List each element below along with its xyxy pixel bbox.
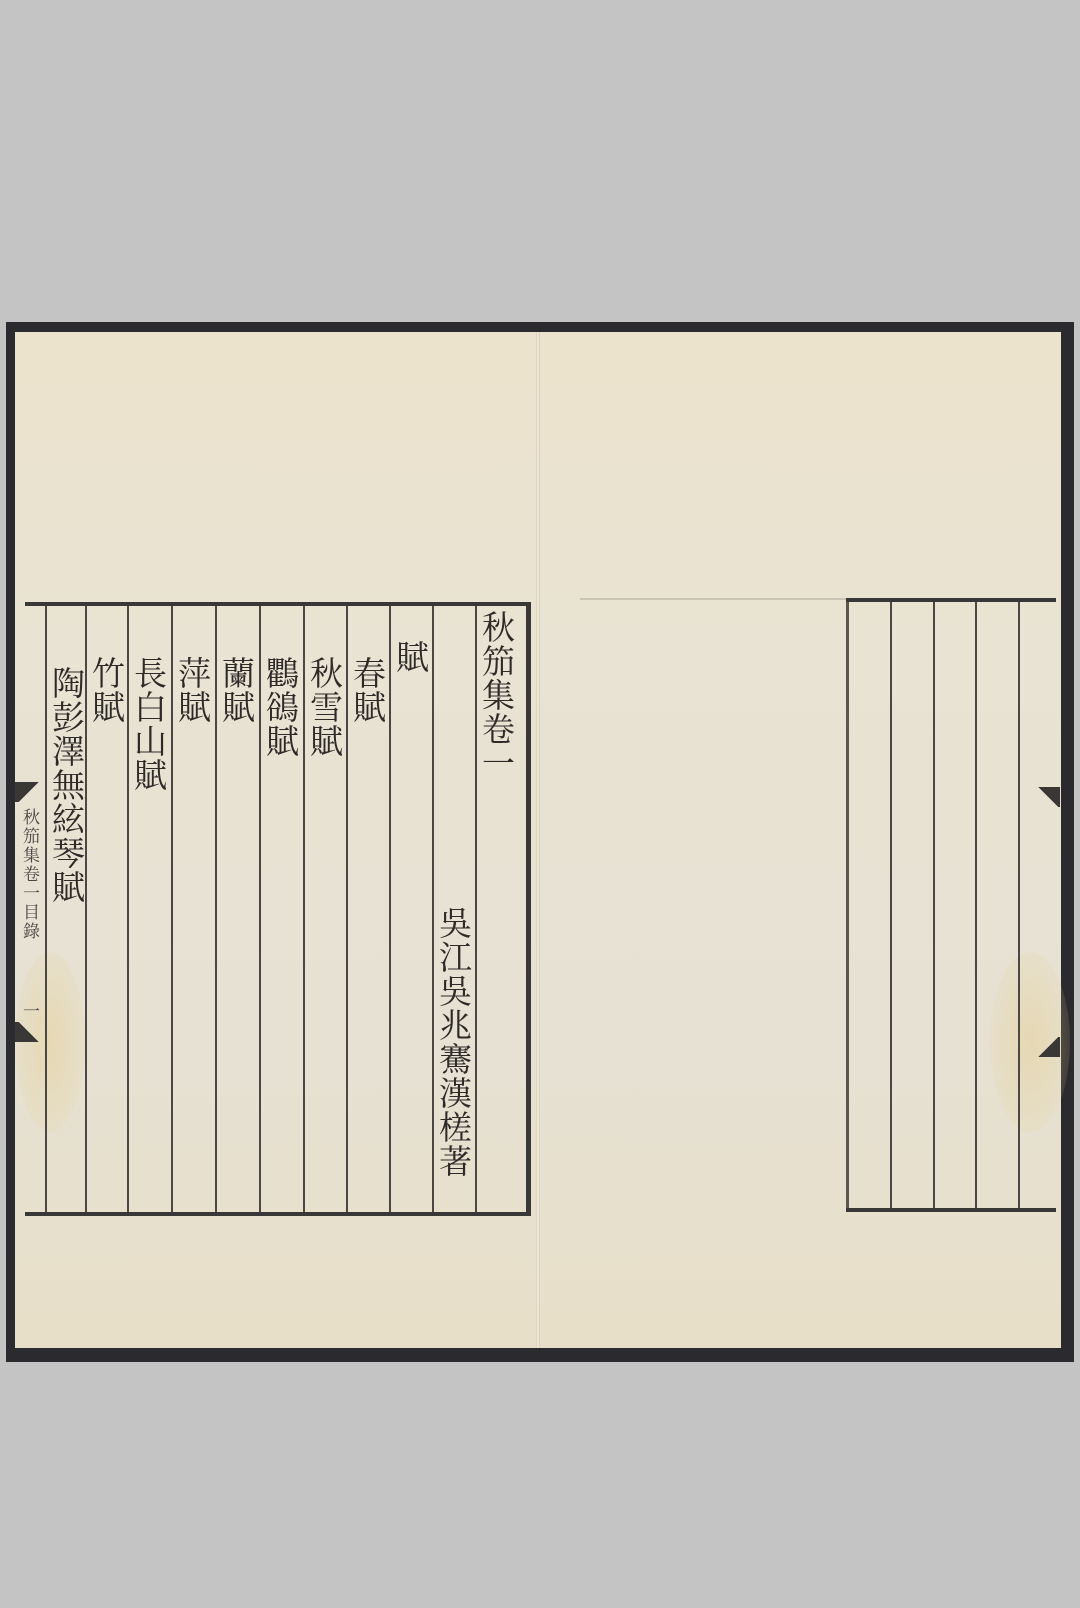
toc-entry: 陶彭澤無絃琴賦: [46, 666, 86, 904]
book-title: 秋笳集卷一: [476, 610, 516, 780]
printed-frame: 秋笳集卷一 吳江吳兆騫漢槎著 賦 春賦 秋雪賦 鸜鵒賦 蘭賦 萍賦 長白山賦 竹…: [25, 602, 531, 1216]
author-line: 吳江吳兆騫漢槎著: [433, 906, 473, 1178]
toc-entry: 春賦: [347, 656, 387, 724]
fold-margin-page-number: 一: [19, 1002, 39, 1021]
fishtail-mark-icon: [1036, 787, 1060, 807]
column-rule: [890, 602, 892, 1208]
fold-margin: [1030, 787, 1060, 1057]
column-rule: [846, 602, 849, 1208]
left-page: 秋笳集卷一 吳江吳兆騫漢槎著 賦 春賦 秋雪賦 鸜鵒賦 蘭賦 萍賦 長白山賦 竹…: [15, 332, 536, 1348]
fold-margin-title: 秋笳集卷一目錄: [19, 808, 39, 941]
toc-entry: 蘭賦: [216, 656, 256, 724]
column-rule: [389, 606, 391, 1212]
fishtail-mark-icon: [1036, 1037, 1060, 1057]
fishtail-mark-icon: [15, 1022, 43, 1042]
section-heading: 賦: [390, 640, 430, 674]
right-page: [540, 332, 1061, 1348]
toc-entry: 長白山賦: [128, 656, 168, 792]
fishtail-mark-icon: [15, 782, 43, 802]
toc-entry: 鸜鵒賦: [260, 656, 300, 758]
printed-frame-partial: [846, 598, 1056, 1212]
column-rule: [1018, 602, 1020, 1208]
bleed-through-rule: [580, 598, 850, 600]
toc-entry: 萍賦: [172, 656, 212, 724]
column-rule: [933, 602, 935, 1208]
toc-entry: 竹賦: [86, 656, 126, 724]
column-rule: [975, 602, 977, 1208]
fold-margin: 秋笳集卷一目錄 一: [15, 772, 45, 1052]
open-book: 秋笳集卷一 吳江吳兆騫漢槎著 賦 春賦 秋雪賦 鸜鵒賦 蘭賦 萍賦 長白山賦 竹…: [6, 322, 1074, 1362]
toc-entry: 秋雪賦: [304, 656, 344, 758]
